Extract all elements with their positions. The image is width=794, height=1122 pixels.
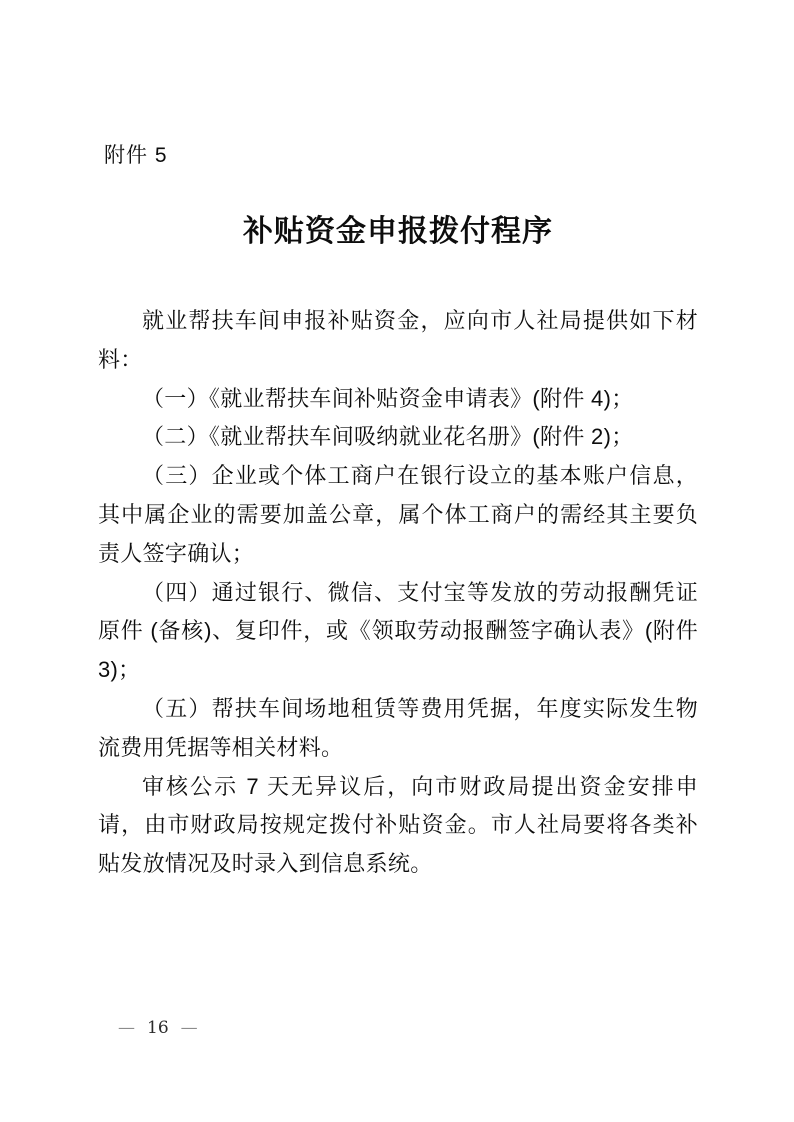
document-title: 补贴资金申报拨付程序 [98, 213, 698, 250]
attachment-label: 附件 5 [104, 0, 698, 171]
document-page: 附件 5 补贴资金申报拨付程序 就业帮扶车间申报补贴资金，应向市人社局提供如下材… [0, 0, 794, 1122]
body-paragraph-item-4: （四）通过银行、微信、支付宝等发放的劳动报酬凭证原件 (备核)、复印件，或《领取… [98, 574, 698, 690]
footer-dash-right: — [181, 1016, 198, 1040]
document-body: 就业帮扶车间申报补贴资金，应向市人社局提供如下材料： （一）《就业帮扶车间补贴资… [98, 302, 698, 884]
page-number: 16 [147, 1016, 169, 1040]
body-paragraph-item-5: （五）帮扶车间场地租赁等费用凭据，年度实际发生物流费用凭据等相关材料。 [98, 690, 698, 768]
page-footer: — 16 — [118, 1016, 198, 1040]
body-paragraph-closing: 审核公示 7 天无异议后，向市财政局提出资金安排申请，由市财政局按规定拨付补贴资… [98, 768, 698, 884]
footer-dash-left: — [118, 1016, 135, 1040]
body-paragraph-item-2: （二）《就业帮扶车间吸纳就业花名册》(附件 2)； [98, 418, 698, 457]
body-paragraph-intro: 就业帮扶车间申报补贴资金，应向市人社局提供如下材料： [98, 302, 698, 380]
body-paragraph-item-1: （一）《就业帮扶车间补贴资金申请表》(附件 4)； [98, 380, 698, 419]
body-paragraph-item-3: （三）企业或个体工商户在银行设立的基本账户信息，其中属企业的需要加盖公章，属个体… [98, 457, 698, 573]
